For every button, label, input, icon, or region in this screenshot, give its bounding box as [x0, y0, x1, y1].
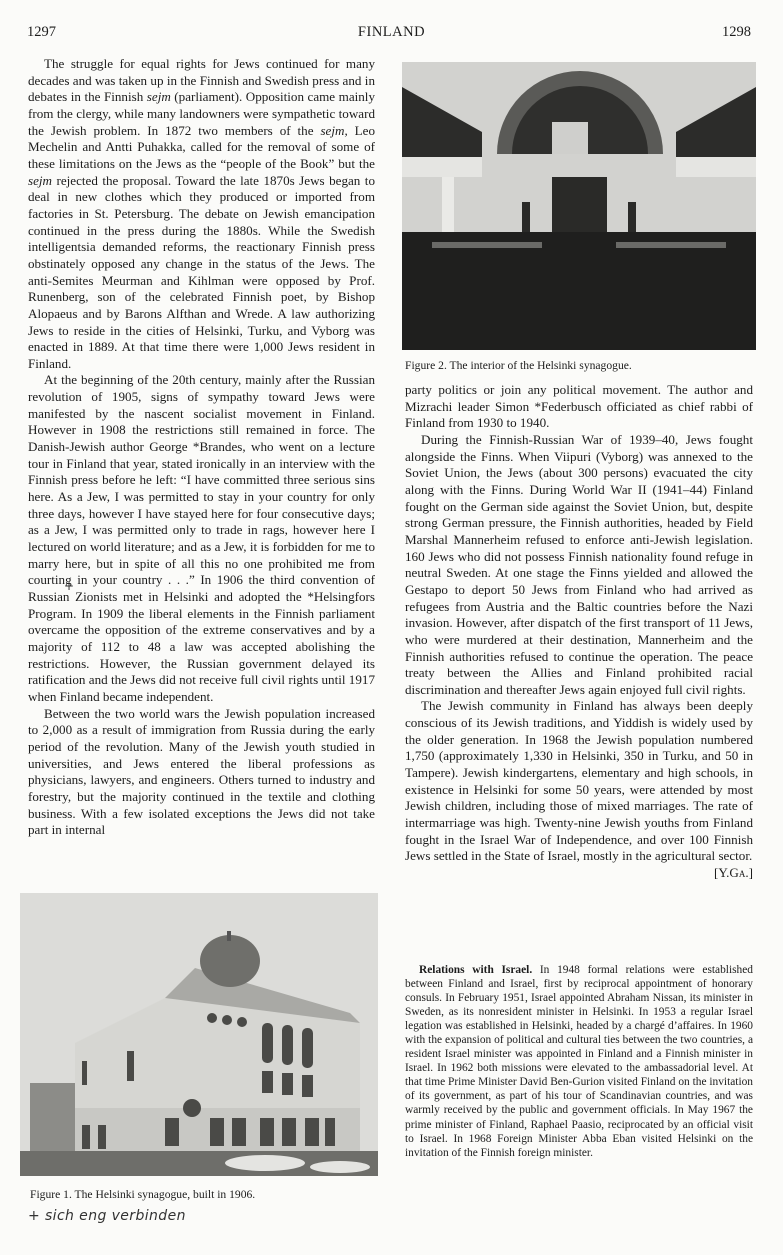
figure-1-caption: Figure 1. The Helsinki synagogue, built … — [30, 1188, 255, 1201]
margin-insert-mark: + — [64, 579, 74, 593]
paragraph-relations: Relations with Israel. In 1948 formal re… — [405, 963, 753, 1160]
author-signature: [Y.Ga.] — [698, 865, 753, 882]
paragraph-20th-century: At the beginning of the 20th century, ma… — [28, 372, 375, 705]
synagogue-exterior-photo — [20, 893, 378, 1176]
paragraph-community: The Jewish community in Finland has alwa… — [405, 698, 753, 865]
synagogue-interior-photo — [402, 62, 756, 350]
synagogue-exterior-illustration — [20, 893, 378, 1176]
relations-with-israel-section: Relations with Israel. In 1948 formal re… — [405, 963, 753, 1160]
paragraph-between-wars: Between the two world wars the Jewish po… — [28, 706, 375, 839]
running-head-title: FINLAND — [0, 24, 783, 41]
paragraph-war: During the Finnish-Russian War of 1939–4… — [405, 432, 753, 699]
figure-2-caption: Figure 2. The interior of the Helsinki s… — [405, 359, 632, 372]
handwritten-note: + sich eng verbinden — [28, 1208, 186, 1224]
section-heading: Relations with Israel. — [419, 964, 532, 976]
paragraph-party-politics: party politics or join any political mov… — [405, 382, 753, 432]
paragraph-equal-rights: The struggle for equal rights for Jews c… — [28, 56, 375, 372]
right-column: party politics or join any political mov… — [405, 382, 753, 882]
synagogue-interior-illustration — [402, 62, 756, 350]
page-number-right: 1298 — [722, 24, 751, 41]
left-column: The struggle for equal rights for Jews c… — [28, 56, 375, 839]
